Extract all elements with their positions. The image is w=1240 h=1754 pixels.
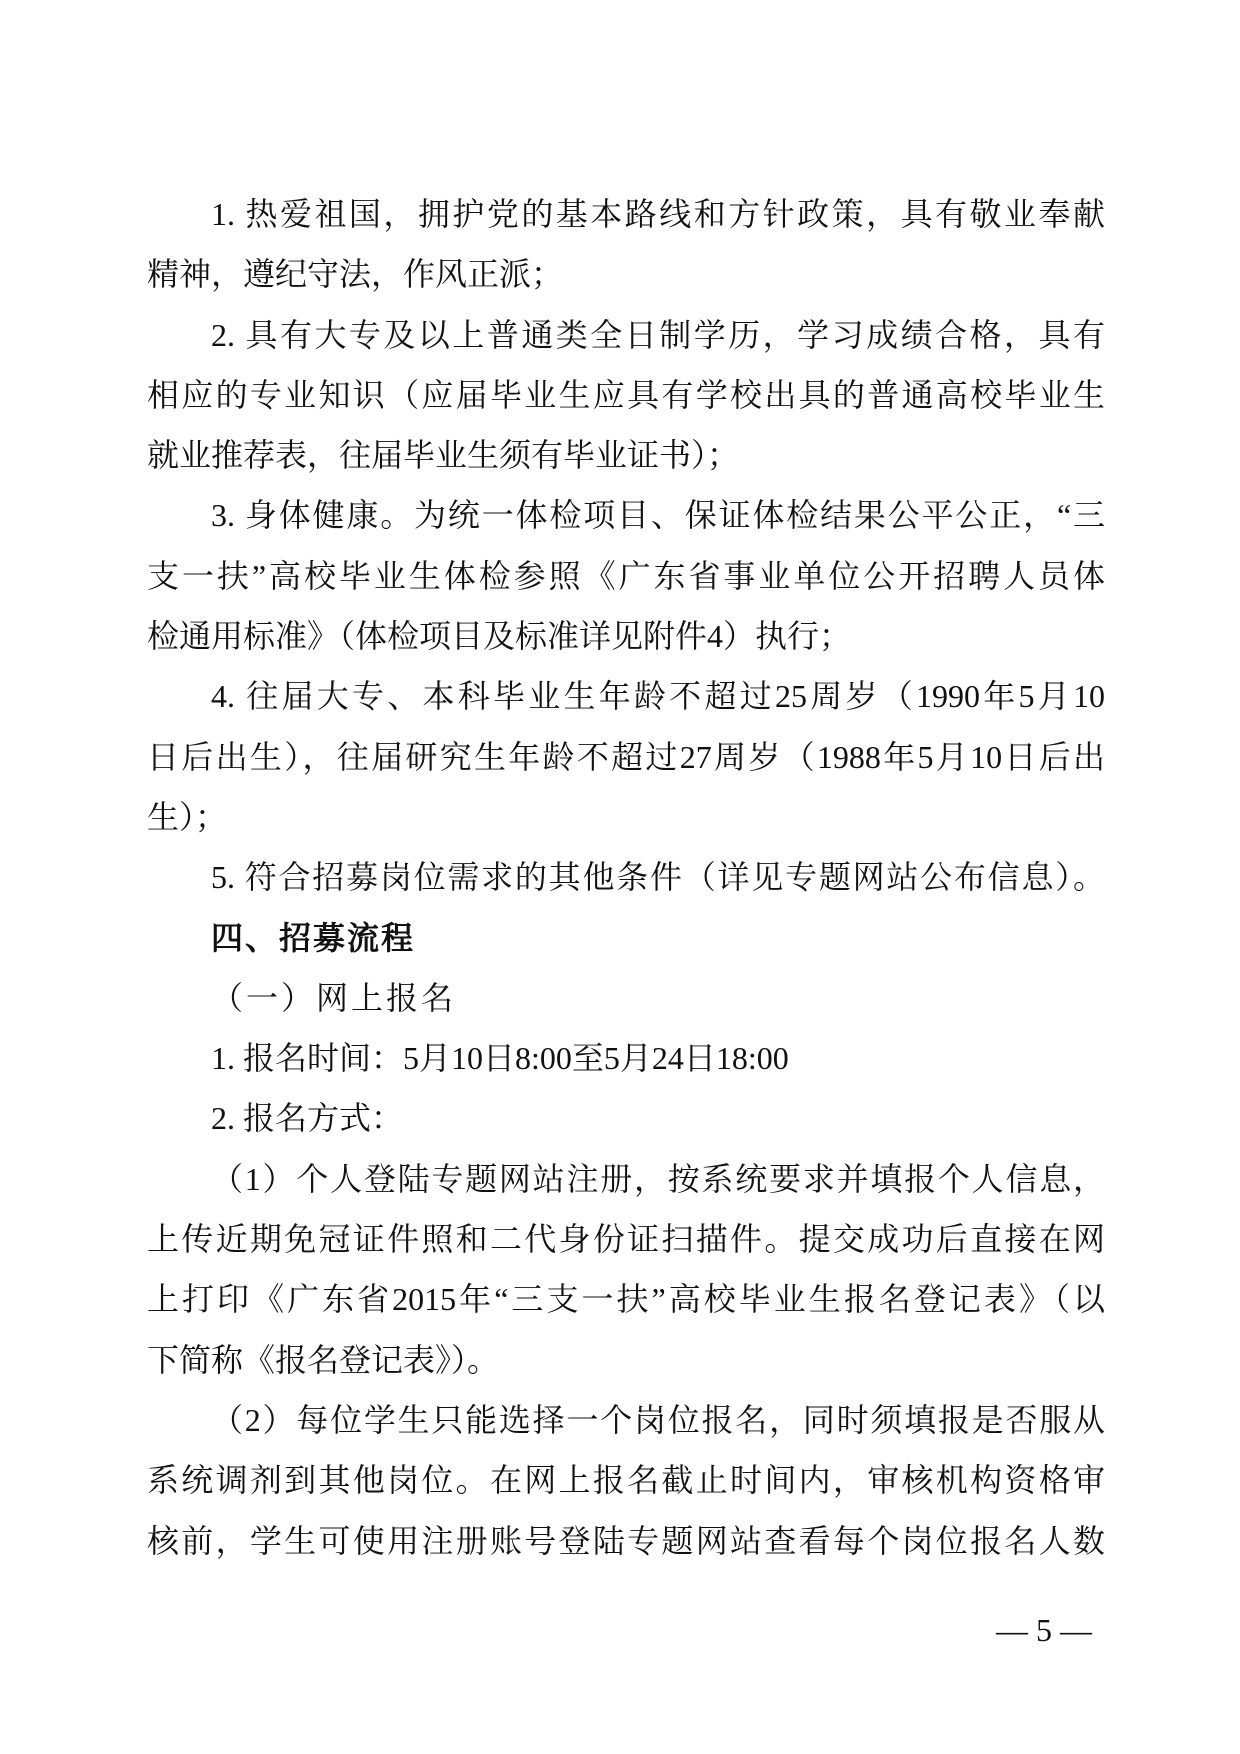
body-text-line: 就业推荐表，往届毕业生须有毕业证书）；: [147, 425, 1105, 485]
body-text-line: 5. 符合招募岗位需求的其他条件（详见专题网站公布信息）。: [147, 847, 1105, 907]
body-text-line: 相应的专业知识（应届毕业生应具有学校出具的普通高校毕业生: [147, 365, 1105, 425]
body-text-line: 日后出生），往届研究生年龄不超过27周岁（1988年5月10日后出: [147, 727, 1105, 787]
body-text-line: 系统调剂到其他岗位。在网上报名截止时间内，审核机构资格审: [147, 1450, 1105, 1510]
document-page: 1. 热爱祖国，拥护党的基本路线和方针政策，具有敬业奉献 精神，遵纪守法，作风正…: [0, 0, 1240, 1754]
document-body: 1. 热爱祖国，拥护党的基本路线和方针政策，具有敬业奉献 精神，遵纪守法，作风正…: [147, 184, 1105, 1571]
heading-online-registration: （一）网上报名: [147, 968, 1105, 1028]
page-number: — 5 —: [996, 1612, 1092, 1648]
body-text-line: 1. 报名时间：5月10日8:00至5月24日18:00: [147, 1028, 1105, 1088]
body-text-line: 2. 具有大专及以上普通类全日制学历，学习成绩合格，具有: [147, 305, 1105, 365]
body-text-line: 2. 报名方式：: [147, 1088, 1105, 1148]
body-text-line: 下简称《报名登记表》）。: [147, 1330, 1105, 1390]
body-text-line: 上传近期免冠证件照和二代身份证扫描件。提交成功后直接在网: [147, 1209, 1105, 1269]
body-text-line: 3. 身体健康。为统一体检项目、保证体检结果公平公正，“三: [147, 485, 1105, 545]
heading-recruitment-process: 四、招募流程: [147, 908, 1105, 968]
body-text-line: 核前，学生可使用注册账号登陆专题网站查看每个岗位报名人数: [147, 1511, 1105, 1571]
body-text-line: 检通用标准》（体检项目及标准详见附件4）执行；: [147, 606, 1105, 666]
body-text-line: 支一扶”高校毕业生体检参照《广东省事业单位公开招聘人员体: [147, 546, 1105, 606]
body-text-line: 精神，遵纪守法，作风正派；: [147, 244, 1105, 304]
body-text-line: 1. 热爱祖国，拥护党的基本路线和方针政策，具有敬业奉献: [147, 184, 1105, 244]
body-text-line: 生）；: [147, 787, 1105, 847]
body-text-line: （2）每位学生只能选择一个岗位报名，同时须填报是否服从: [147, 1390, 1105, 1450]
page-footer: — 5 —: [996, 1612, 1092, 1648]
body-text-line: 上打印《广东省2015年“三支一扶”高校毕业生报名登记表》（以: [147, 1269, 1105, 1329]
body-text-line: （1）个人登陆专题网站注册，按系统要求并填报个人信息，: [147, 1149, 1105, 1209]
body-text-line: 4. 往届大专、本科毕业生年龄不超过25周岁（1990年5月10: [147, 666, 1105, 726]
